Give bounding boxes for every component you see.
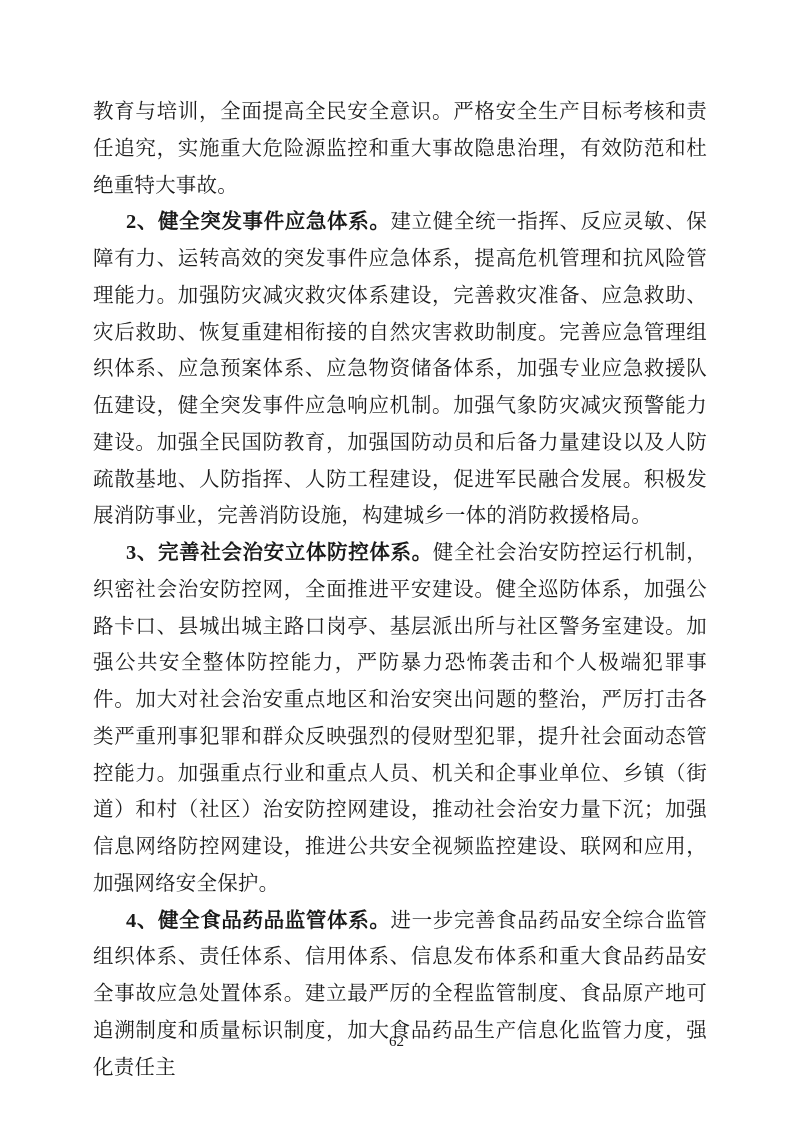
- page-body-text: 教育与培训，全面提高全民安全意识。严格安全生产目标考核和责任追究，实施重大危险源…: [93, 94, 707, 1086]
- paragraph: 教育与培训，全面提高全民安全意识。严格安全生产目标考核和责任追究，实施重大危险源…: [93, 94, 707, 204]
- paragraph-body: 建立健全统一指挥、反应灵敏、保障有力、运转高效的突发事件应急体系，提高危机管理和…: [93, 211, 707, 527]
- paragraph-lead: 3、完善社会治安立体防控体系。: [126, 542, 433, 564]
- paragraph: 4、健全食品药品监管体系。进一步完善食品药品安全综合监管组织体系、责任体系、信用…: [93, 903, 707, 1087]
- paragraph: 3、完善社会治安立体防控体系。健全社会治安防控运行机制，织密社会治安防控网，全面…: [93, 535, 707, 903]
- paragraph: 2、健全突发事件应急体系。建立健全统一指挥、反应灵敏、保障有力、运转高效的突发事…: [93, 204, 707, 535]
- document-page: 教育与培训，全面提高全民安全意识。严格安全生产目标考核和责任追究，实施重大危险源…: [0, 0, 793, 1122]
- paragraph-body: 进一步完善食品药品安全综合监管组织体系、责任体系、信用体系、信息发布体系和重大食…: [93, 910, 707, 1079]
- page-number: 62: [0, 1034, 793, 1051]
- paragraph-lead: 4、健全食品药品监管体系。: [126, 910, 390, 932]
- paragraph-body: 教育与培训，全面提高全民安全意识。严格安全生产目标考核和责任追究，实施重大危险源…: [93, 101, 707, 197]
- paragraph-lead: 2、健全突发事件应急体系。: [126, 211, 390, 233]
- paragraph-body: 健全社会治安防控运行机制，织密社会治安防控网，全面推进平安建设。健全巡防体系，加…: [93, 542, 707, 895]
